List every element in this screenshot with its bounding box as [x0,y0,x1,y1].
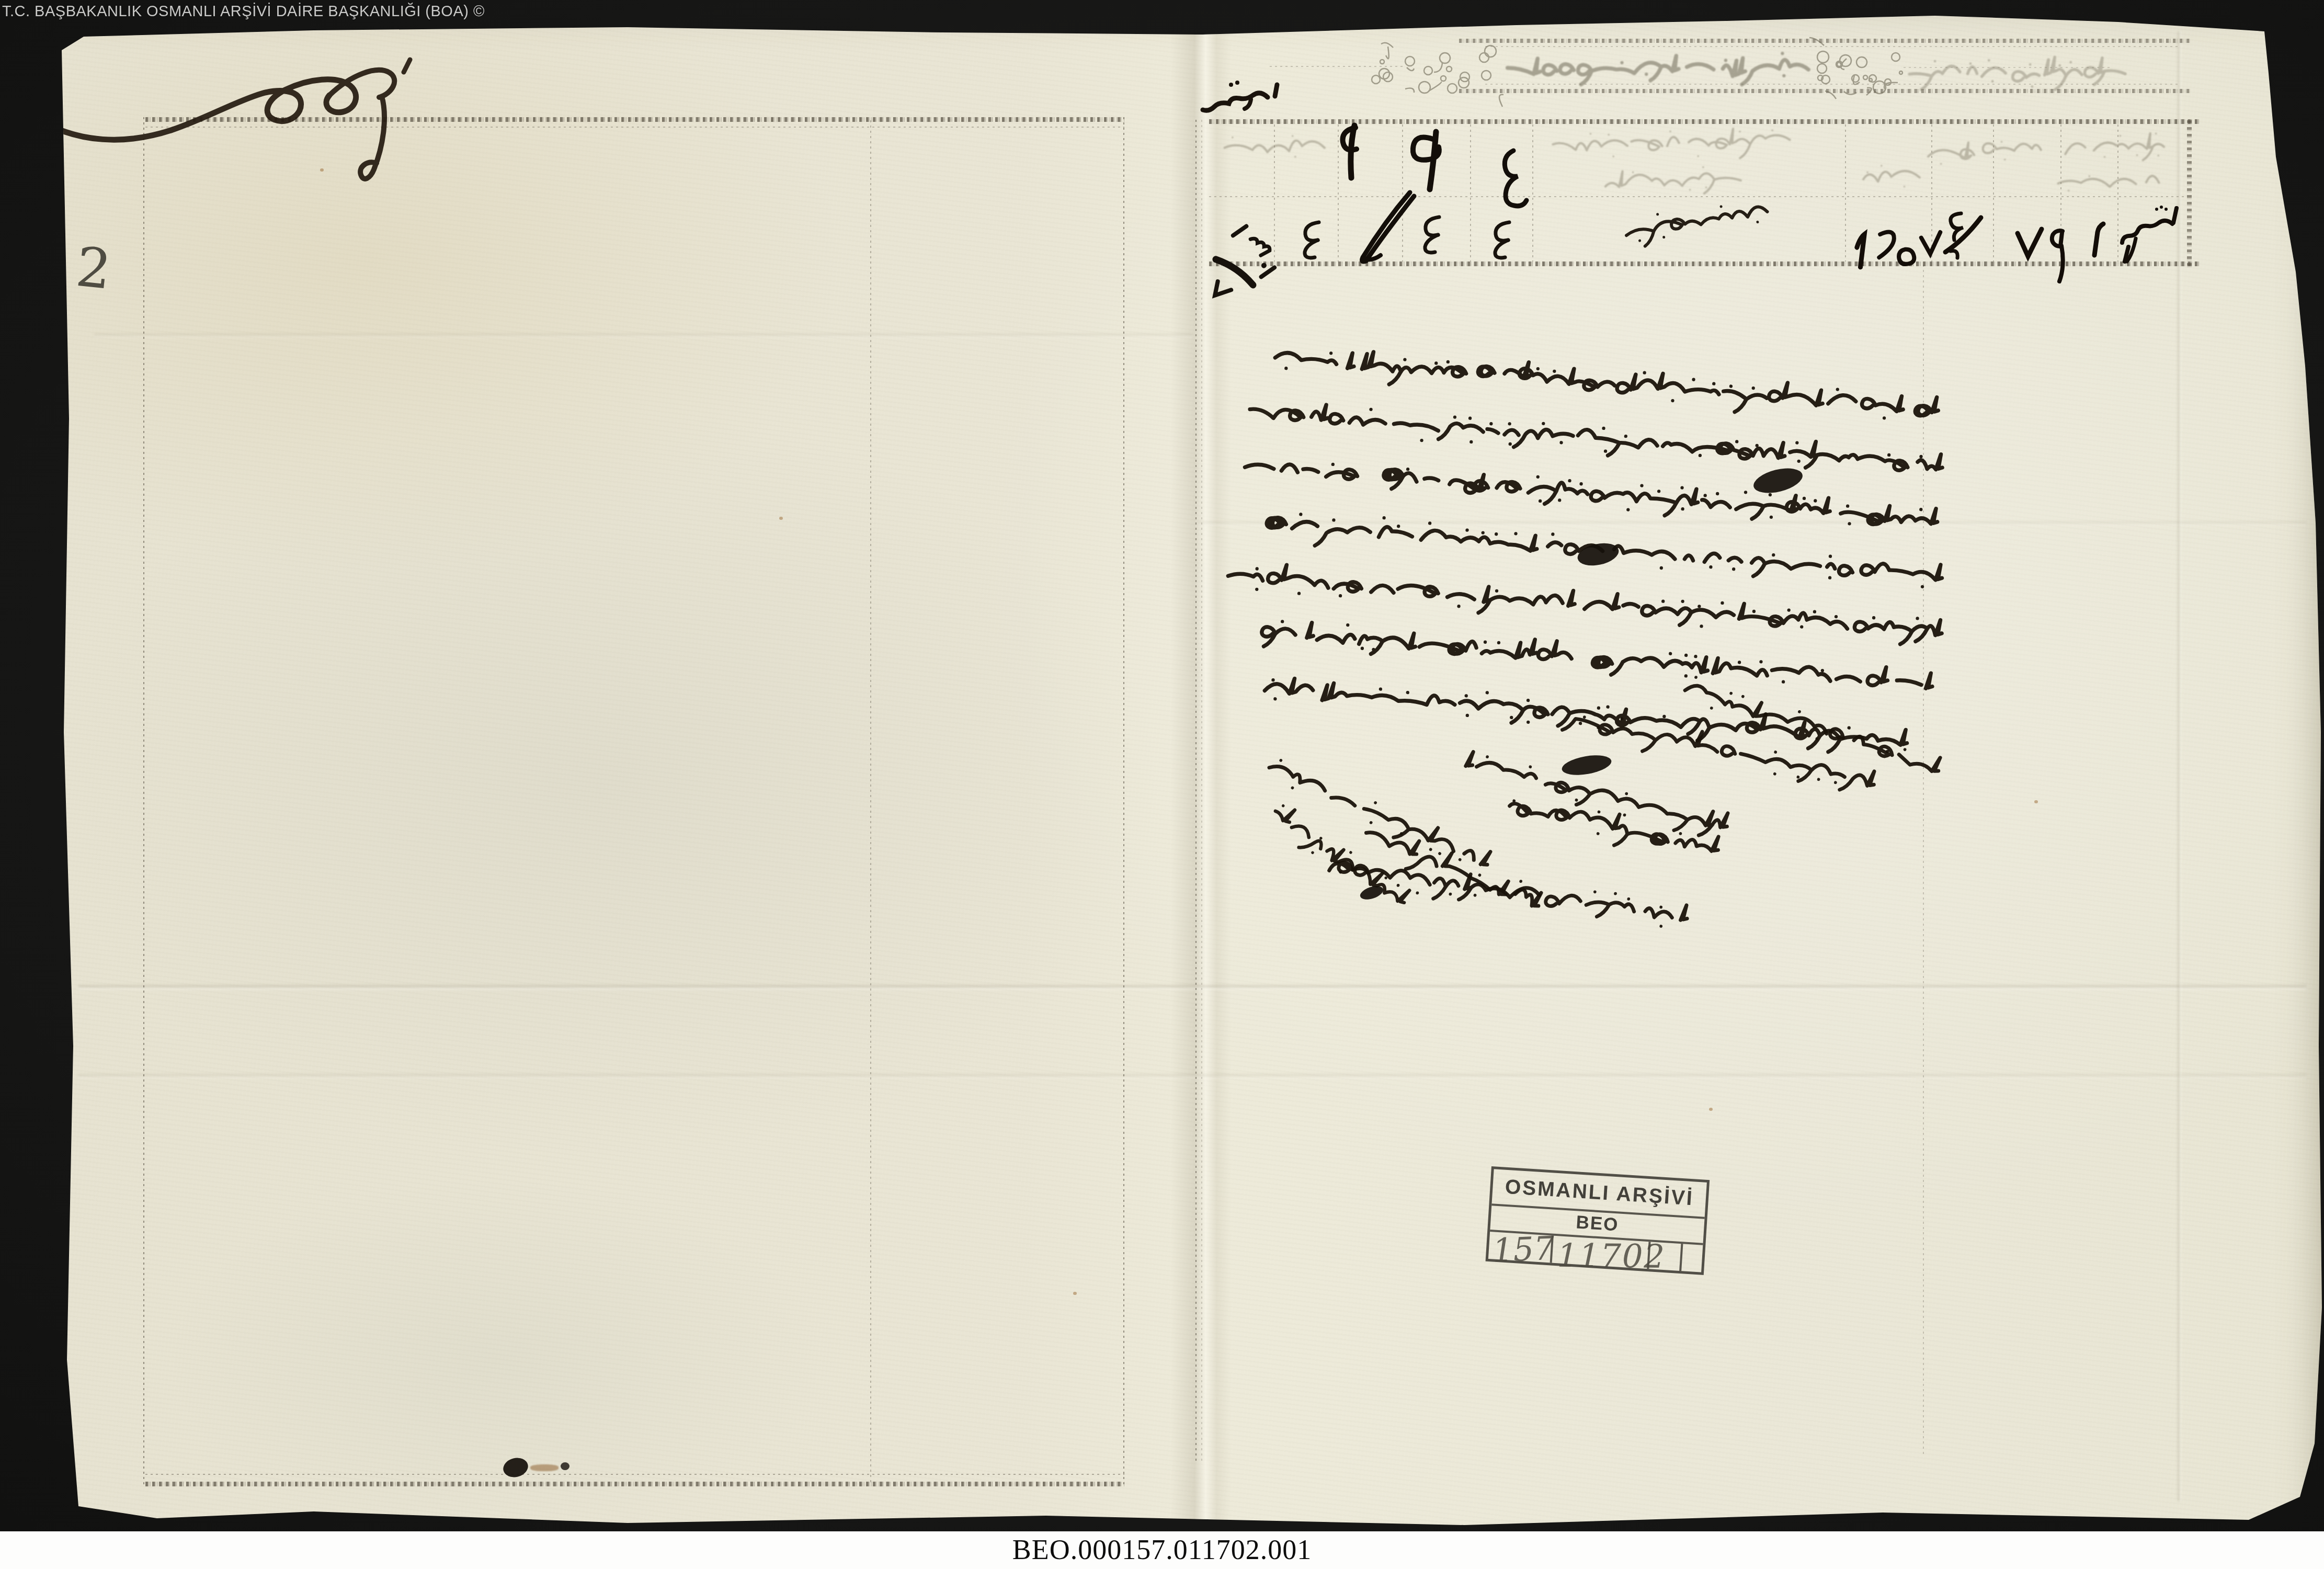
reference-code: BEO.000157.011702.001 [0,1533,2324,1566]
caption-bar: BEO.000157.011702.001 [0,1531,2324,1569]
routing-mark [1337,121,1373,184]
frame-divider-rule [870,120,871,1484]
archive-watermark: T.C. BAŞBAKANLIK OSMANLI ARŞİVİ DAİRE BA… [2,3,485,20]
ink-fleck [561,1462,569,1470]
printed-ghost-text [1942,130,2046,174]
entry-count [1934,209,1986,261]
printed-calligraphy-line [1506,50,1820,90]
printed-ghost-text [1228,128,1329,172]
entry-ayn-mark [1300,220,1324,261]
foxing-speck [779,517,783,520]
frame-bottom-rule [145,1482,1124,1486]
entry-month [2119,203,2179,268]
crease [78,1073,2306,1079]
page-fold-rule-2 [1201,120,1202,1464]
entry-ayn-mark [1420,214,1444,256]
pencil-page-number: 2 [73,235,115,302]
crease [78,984,2306,991]
page-column-rule [1923,265,1924,1457]
ink-blot [501,1456,530,1480]
stamp-dosya-number: 157 [1492,1229,1555,1270]
stamp-cell [1681,1244,1703,1272]
foxing-speck [320,168,324,172]
table-right-band [2187,120,2192,269]
printed-ghost-text [1553,120,1799,168]
table-column-rule [1532,124,1533,261]
printed-ghost-text [2070,163,2163,206]
fold-annotation [1201,76,1279,126]
entry-unit-number [2090,222,2111,258]
document-sheet: 2 [0,0,2324,1569]
routing-mark [1406,130,1448,198]
entry-ayn-mark [1490,220,1514,261]
ink-flourish [16,22,424,195]
routing-mark [1491,147,1531,221]
floral-ornament [1816,45,1902,100]
floral-ornament [1375,38,1506,103]
frame-right-rule [1123,117,1124,1487]
table-column-rule [1470,124,1471,261]
foxing-speck [1073,1292,1077,1295]
ink-smear [530,1464,559,1471]
foxing-speck [2034,800,2038,803]
crease [94,333,1192,339]
routing-stroke [1355,189,1418,268]
table-column-rule [1845,124,1846,261]
foxing-speck [1709,1108,1713,1111]
frame-left-rule [143,117,144,1487]
cartouche-top-rule [1459,39,2190,43]
printed-ghost-text [1861,158,1923,200]
printed-calligraphy-line [1904,54,2134,94]
entry-serial-number [2014,224,2072,287]
frame-bottom-subrule [145,1474,1124,1475]
page-fold-rule [1195,120,1197,1464]
archival-scan: T.C. BAŞBAKANLIK OSMANLI ARŞİVİ DAİRE BA… [0,0,2324,1569]
stamp-gomlek-number: 11702 [1557,1236,1666,1276]
archive-stamp: OSMANLI ARŞİVİ BEO 157 11702 [1486,1166,1710,1275]
entry-register-number [1850,224,1947,282]
